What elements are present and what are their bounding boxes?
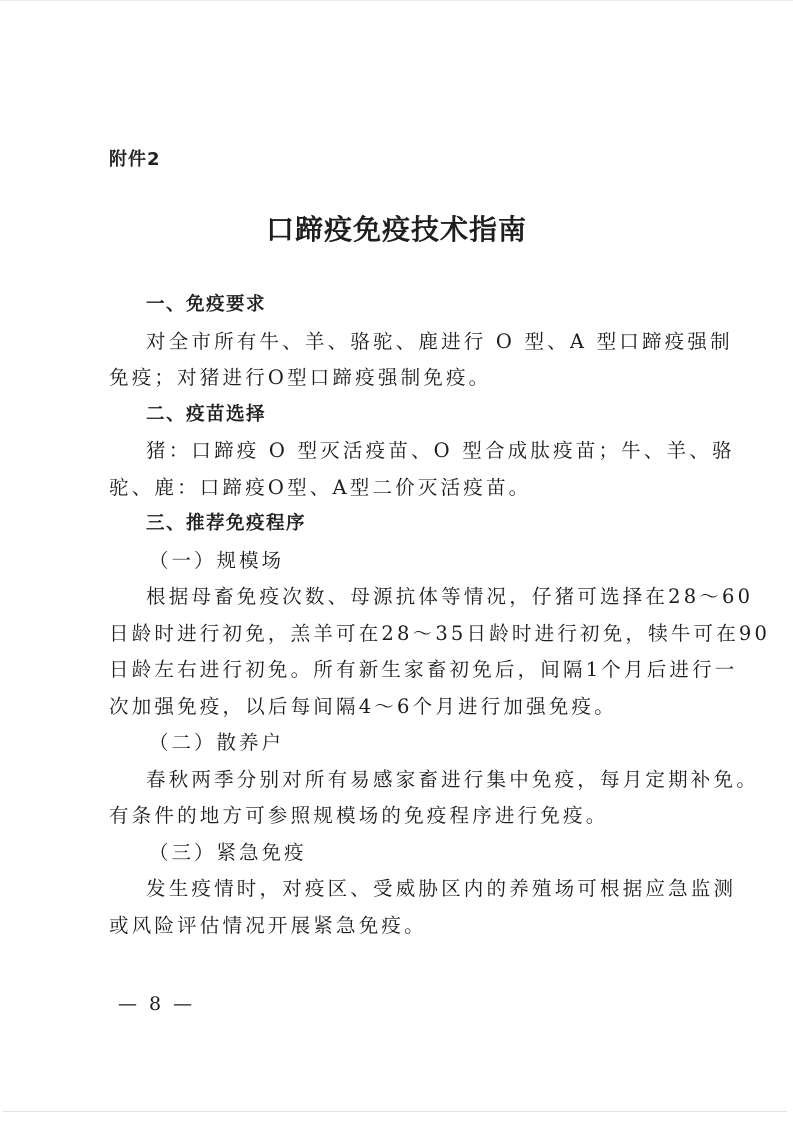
section-heading-vaccine-selection: 二、疫苗选择 — [109, 397, 694, 434]
paragraph-line: 有条件的地方可参照规模场的免疫程序进行免疫。 — [109, 798, 694, 835]
section-heading-recommended-procedure: 三、推荐免疫程序 — [109, 506, 694, 543]
section-heading-immunization-requirements: 一、免疫要求 — [109, 287, 694, 324]
document-body: 一、免疫要求 对全市所有牛、羊、骆驼、鹿进行 O 型、A 型口蹄疫强制 免疫；对… — [109, 287, 694, 944]
subsection-heading-large-farms: （一）规模场 — [109, 543, 694, 580]
document-title: 口蹄疫免疫技术指南 — [0, 208, 793, 248]
paragraph-line: 驼、鹿：口蹄疫O型、A型二价灭活疫苗。 — [109, 470, 694, 507]
paragraph-line: 对全市所有牛、羊、骆驼、鹿进行 O 型、A 型口蹄疫强制 — [109, 324, 694, 361]
paragraph-line: 日龄时进行初免，羔羊可在28～35日龄时进行初免，犊牛可在90 — [109, 616, 694, 653]
paragraph-line: 春秋两季分别对所有易感家畜进行集中免疫，每月定期补免。 — [109, 762, 694, 799]
paragraph-line: 免疫；对猪进行O型口蹄疫强制免疫。 — [109, 360, 694, 397]
subsection-heading-backyard-farmers: （二）散养户 — [109, 725, 694, 762]
subsection-heading-emergency-immunization: （三）紧急免疫 — [109, 835, 694, 872]
paragraph-line: 或风险评估情况开展紧急免疫。 — [109, 908, 694, 945]
paragraph-line: 日龄左右进行初免。所有新生家畜初免后，间隔1个月后进行一 — [109, 652, 694, 689]
page-number: — 8 — — [118, 993, 195, 1015]
attachment-label: 附件2 — [109, 145, 161, 171]
scan-bottom-edge — [3, 1111, 787, 1112]
paragraph-line: 根据母畜免疫次数、母源抗体等情况，仔猪可选择在28～60 — [109, 579, 694, 616]
paragraph-line: 次加强免疫，以后每间隔4～6个月进行加强免疫。 — [109, 689, 694, 726]
paragraph-line: 猪：口蹄疫 O 型灭活疫苗、O 型合成肽疫苗；牛、羊、骆 — [109, 433, 694, 470]
scan-top-edge — [0, 0, 793, 1]
document-page: 附件2 口蹄疫免疫技术指南 一、免疫要求 对全市所有牛、羊、骆驼、鹿进行 O 型… — [0, 0, 793, 1121]
paragraph-line: 发生疫情时，对疫区、受威胁区内的养殖场可根据应急监测 — [109, 871, 694, 908]
